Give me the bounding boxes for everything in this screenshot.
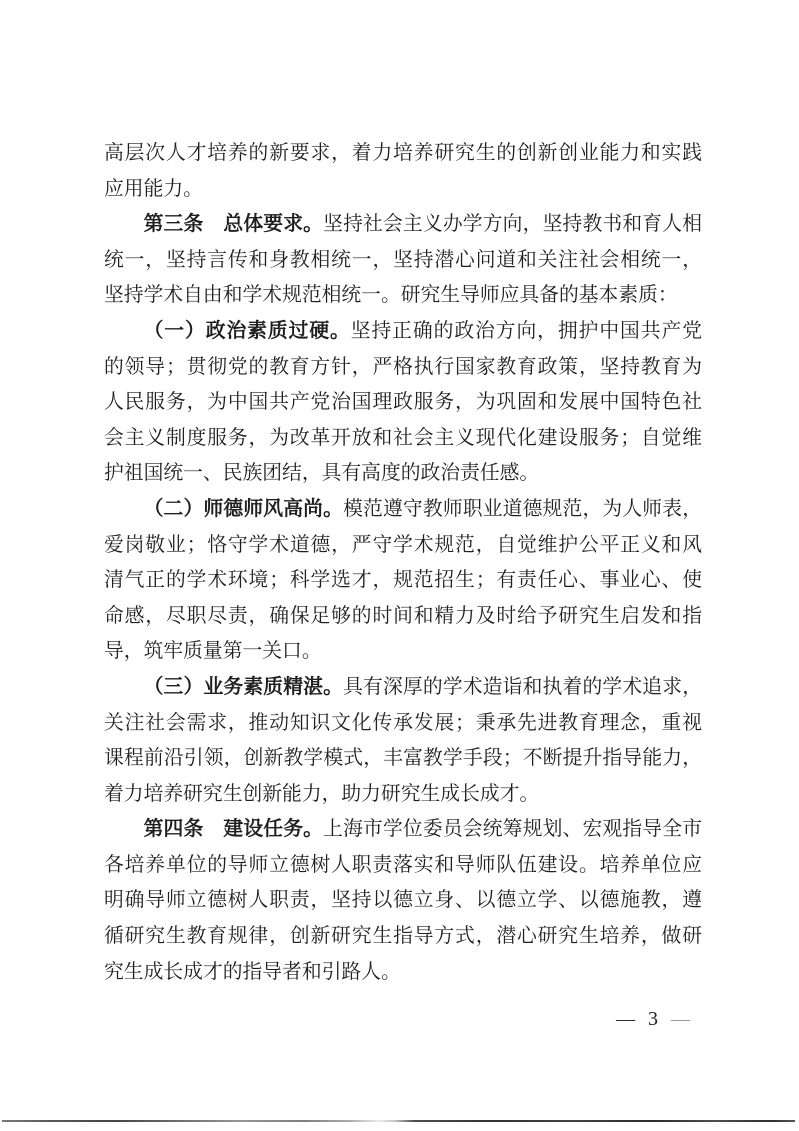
text-line: 第四条 建设任务。上海市学位委员会统筹规划、宏观指导全市	[104, 812, 702, 848]
paragraph-heading: 第三条 总体要求。	[144, 213, 324, 235]
paragraph-heading: （二）师德师风高尚。	[144, 498, 343, 520]
paragraph-heading: 第四条 建设任务。	[144, 818, 324, 840]
text-line: （一）政治素质过硬。坚持正确的政治方向，拥护中国共产党	[104, 314, 702, 350]
text-line: 统一，坚持言传和身教相统一，坚持潜心问道和关注社会相统一，	[104, 243, 702, 279]
text-line: 坚持学术自由和学术规范相统一。研究生导师应具备的基本素质：	[104, 278, 702, 314]
text-line: 课程前沿引领，创新教学模式，丰富教学手段；不断提升指导能力，	[104, 741, 702, 777]
text-line: 应用能力。	[104, 172, 702, 208]
text-line: 清气正的学术环境；科学选才，规范招生；有责任心、事业心、使	[104, 563, 702, 599]
footer-dash-right: —	[671, 1009, 690, 1031]
scan-artifact-line	[2, 1120, 795, 1122]
text-line: 命感，尽职尽责，确保足够的时间和精力及时给予研究生启发和指	[104, 599, 702, 635]
text-line: 究生成长成才的指导者和引路人。	[104, 955, 702, 991]
paragraph-heading: （三）业务素质精湛。	[144, 676, 343, 698]
text-line: 明确导师立德树人职责，坚持以德立身、以德立学、以德施教，遵	[104, 883, 702, 919]
paragraph: 第四条 建设任务。上海市学位委员会统筹规划、宏观指导全市各培养单位的导师立德树人…	[104, 812, 702, 990]
paragraph-heading: （一）政治素质过硬。	[144, 320, 351, 342]
text-line: 各培养单位的导师立德树人职责落实和导师队伍建设。培养单位应	[104, 848, 702, 884]
paragraph: 高层次人才培养的新要求，着力培养研究生的创新创业能力和实践应用能力。	[104, 136, 702, 207]
paragraph: （二）师德师风高尚。模范遵守教师职业道德规范，为人师表，爱岗敬业；恪守学术道德，…	[104, 492, 702, 670]
text-line: 导，筑牢质量第一关口。	[104, 634, 702, 670]
text-line: 爱岗敬业；恪守学术道德，严守学术规范，自觉维护公平正义和风	[104, 528, 702, 564]
text-line: 会主义制度服务，为改革开放和社会主义现代化建设服务；自觉维	[104, 421, 702, 457]
document-body: 高层次人才培养的新要求，着力培养研究生的创新创业能力和实践应用能力。第三条 总体…	[104, 136, 702, 990]
text-line: （三）业务素质精湛。具有深厚的学术造诣和执着的学术追求，	[104, 670, 702, 706]
text-line: 第三条 总体要求。坚持社会主义办学方向，坚持教书和育人相	[104, 207, 702, 243]
text-line: 着力培养研究生创新能力，助力研究生成长成才。	[104, 777, 702, 813]
text-line: 循研究生教育规律，创新研究生指导方式，潜心研究生培养，做研	[104, 919, 702, 955]
text-line: （二）师德师风高尚。模范遵守教师职业道德规范，为人师表，	[104, 492, 702, 528]
document-page: 高层次人才培养的新要求，着力培养研究生的创新创业能力和实践应用能力。第三条 总体…	[0, 0, 799, 1131]
footer-page-number: 3	[648, 1008, 658, 1031]
paragraph: （一）政治素质过硬。坚持正确的政治方向，拥护中国共产党的领导；贯彻党的教育方针，…	[104, 314, 702, 492]
paragraph: （三）业务素质精湛。具有深厚的学术造诣和执着的学术追求，关注社会需求，推动知识文…	[104, 670, 702, 812]
text-line: 的领导；贯彻党的教育方针，严格执行国家教育政策，坚持教育为	[104, 350, 702, 386]
text-line: 护祖国统一、民族团结，具有高度的政治责任感。	[104, 456, 702, 492]
text-line: 人民服务，为中国共产党治国理政服务，为巩固和发展中国特色社	[104, 385, 702, 421]
text-line: 高层次人才培养的新要求，着力培养研究生的创新创业能力和实践	[104, 136, 702, 172]
page-footer: — 3 —	[616, 1008, 716, 1031]
paragraph: 第三条 总体要求。坚持社会主义办学方向，坚持教书和育人相统一，坚持言传和身教相统…	[104, 207, 702, 314]
text-line: 关注社会需求，推动知识文化传承发展；秉承先进教育理念，重视	[104, 706, 702, 742]
footer-dash-left: —	[616, 1009, 635, 1031]
